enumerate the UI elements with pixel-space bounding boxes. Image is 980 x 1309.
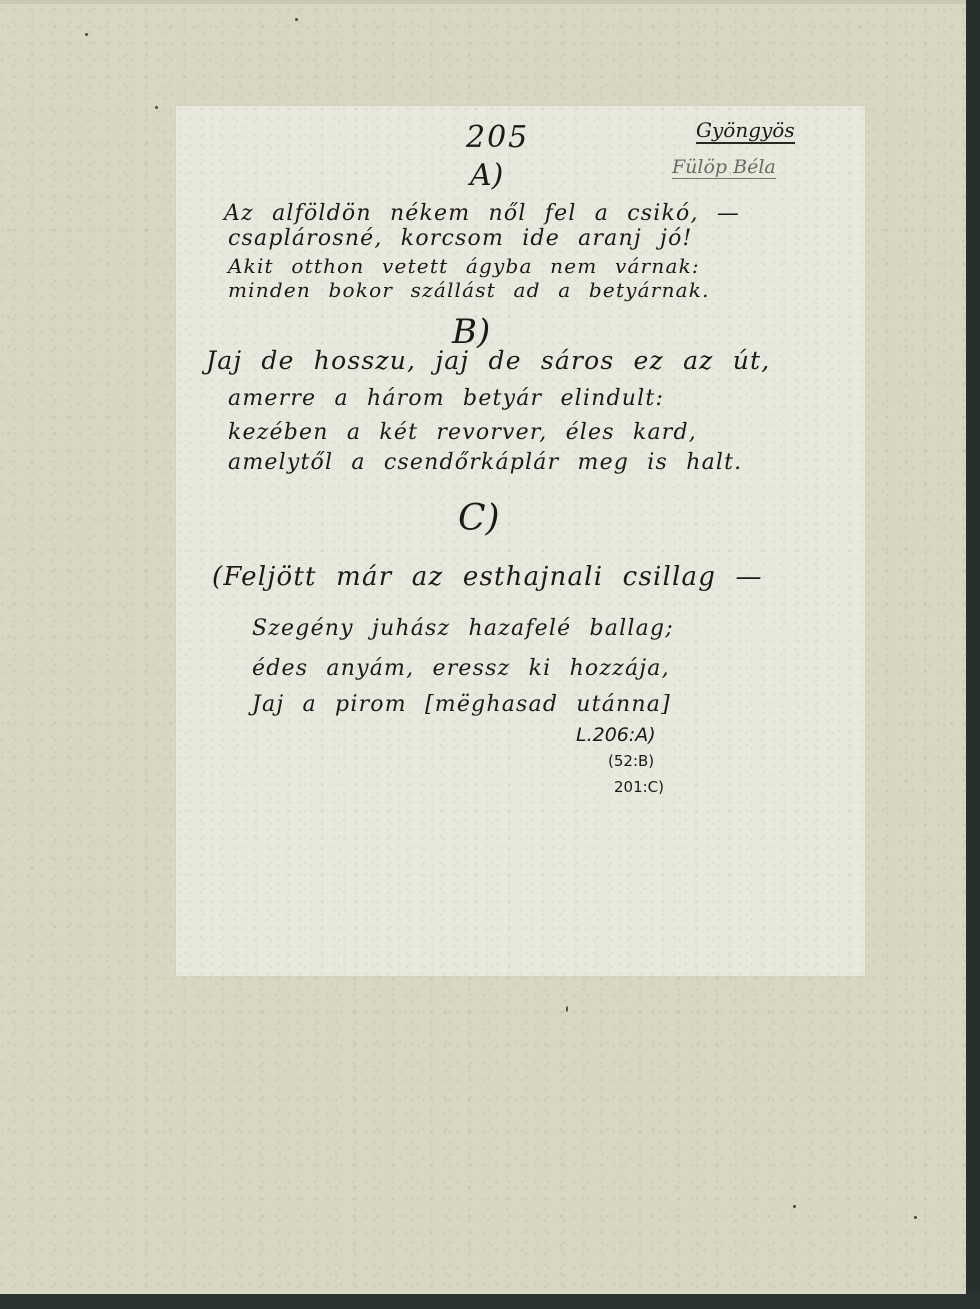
mount-speck [295,18,298,21]
verse-line: Jaj a pirom [mëghasad utánna] [252,692,671,717]
verse-line: (Feljött már az esthajnali csillag — [212,562,763,592]
collector-name: Fülöp Béla [672,156,776,179]
cardboard-mount: 205 Gyöngyös Fülöp Béla A) Az alföldön n… [0,0,966,1294]
verse-line: Akit otthon vetett ágyba nem várnak: [228,254,700,278]
reference-note: 201:C) [614,778,664,796]
verse-line: Szegény juhász hazafelé ballag; [252,616,674,641]
scan-edge-right [966,0,980,1309]
verse-line: minden bokor szállást ad a betyárnak. [228,278,710,302]
scan-edge-bottom [0,1294,980,1309]
verse-line: Jaj de hosszu, jaj de sáros ez az út, [206,346,770,375]
reference-note: (52:B) [608,752,654,770]
mount-speck [85,33,88,36]
verse-line: édes anyám, eressz ki hozzája, [252,656,670,681]
mount-speck [914,1216,917,1219]
manuscript-slip: 205 Gyöngyös Fülöp Béla A) Az alföldön n… [176,106,865,976]
verse-line: amerre a három betyár elindult: [228,386,664,411]
section-a-label: A) [470,158,503,193]
mount-speck [155,106,158,109]
place-name: Gyöngyös [696,118,795,144]
verse-line: kezében a két revorver, éles kard, [228,420,697,445]
mount-speck [566,1006,568,1012]
verse-line: csaplárosné, korcsom ide aranj jó! [228,226,693,251]
verse-line: Az alföldön nékem nől fel a csikó, — [224,201,740,226]
reference-note: L.206:A) [576,724,656,746]
verse-line: amelytől a csendőrkáplár meg is halt. [228,450,742,475]
mount-speck [793,1205,796,1208]
page-number: 205 [466,120,529,155]
section-c-label: C) [458,498,500,539]
